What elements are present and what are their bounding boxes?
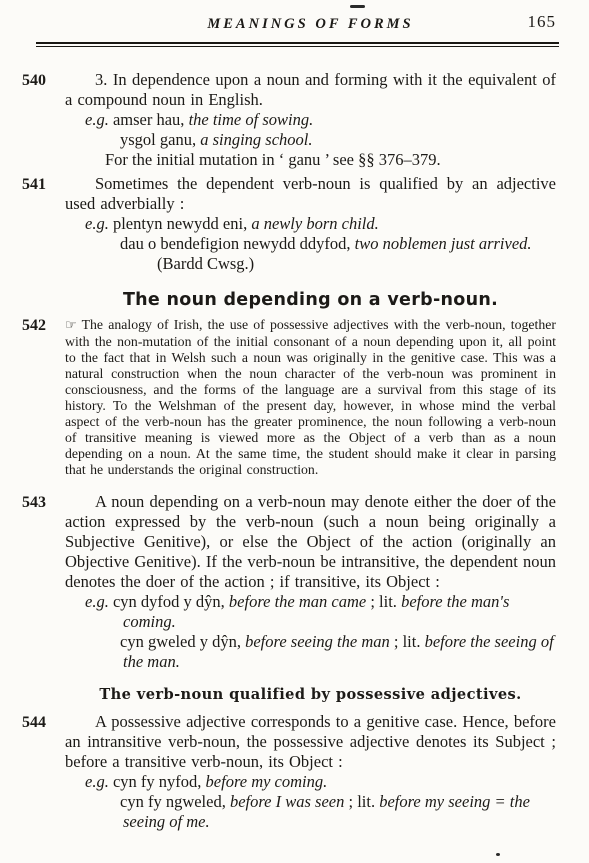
paragraph-542: ☞ The analogy of Irish, the use of posse… [65, 317, 556, 478]
lit-separator: ; lit. [370, 592, 397, 611]
welsh-text: cyn gweled y dŷn, [120, 632, 241, 651]
welsh-text: dau o bendefigion newydd ddyfod, [120, 234, 351, 253]
rule-thin-line [36, 46, 559, 47]
paragraph-540: 3. In dependence upon a noun and forming… [65, 70, 556, 110]
mutation-note: For the initial mutation in ‘ ganu ’ see… [65, 150, 556, 170]
scan-artifact [350, 5, 365, 8]
welsh-text: cyn fy nyfod, [113, 772, 201, 791]
note-text: The analogy of Irish, the use of possess… [65, 317, 556, 477]
example-line: e.g. cyn dyfod y dŷn, before the man cam… [65, 592, 556, 632]
gloss-text: before the man came [229, 592, 366, 611]
example-line: ysgol ganu, a singing school. [65, 130, 556, 150]
section-544: 544 A possessive adjective corresponds t… [65, 712, 556, 832]
eg-label: e.g. [85, 592, 109, 611]
lit-separator: ; lit. [394, 632, 421, 651]
welsh-text: amser hau, [113, 110, 184, 129]
example-line: e.g. amser hau, the time of sowing. [65, 110, 556, 130]
section-number-543: 543 [22, 493, 46, 513]
page-content: 540 3. In dependence upon a noun and for… [0, 56, 589, 863]
welsh-text: cyn dyfod y dŷn, [113, 592, 225, 611]
example-line: e.g. plentyn newydd eni, a newly born ch… [65, 214, 556, 234]
paragraph-541: Sometimes the dependent verb-noun is qua… [65, 174, 556, 214]
gloss-text: before I was seen [230, 792, 344, 811]
eg-label: e.g. [85, 214, 109, 233]
gloss-text: a newly born child. [251, 214, 378, 233]
rule-thick-line [36, 42, 559, 44]
gloss-text: the time of sowing. [189, 110, 314, 129]
example-line: e.g. cyn fy nyfod, before my coming. [65, 772, 556, 792]
gloss-text: a singing school. [200, 130, 312, 149]
example-line: cyn gweled y dŷn, before seeing the man … [65, 632, 556, 672]
manicule-icon: ☞ [65, 318, 77, 333]
section-number-541: 541 [22, 175, 46, 195]
section-541: 541 Sometimes the dependent verb-noun is… [65, 174, 556, 274]
welsh-text: ysgol ganu, [120, 130, 196, 149]
lit-separator: ; lit. [349, 792, 376, 811]
section-number-540: 540 [22, 71, 46, 91]
welsh-text: plentyn newydd eni, [113, 214, 247, 233]
example-line: dau o bendefigion newydd ddyfod, two nob… [65, 234, 556, 274]
section-542: 542 ☞ The analogy of Irish, the use of p… [65, 317, 556, 478]
paragraph-543: A noun depending on a verb-noun may deno… [65, 492, 556, 592]
welsh-text: cyn fy ngweled, [120, 792, 226, 811]
running-title: MEANINGS OF FORMS [65, 10, 556, 34]
page-header: MEANINGS OF FORMS 165 [65, 10, 556, 34]
section-number-542: 542 [22, 318, 46, 334]
source-citation: (Bardd Cwsg.) [157, 254, 254, 273]
page-number: 165 [528, 12, 557, 32]
crosshead-verb-noun-possessive: The verb-noun qualified by possessive ad… [65, 685, 556, 705]
section-number-544: 544 [22, 713, 46, 733]
gloss-text: before seeing the man [245, 632, 390, 651]
gloss-text: two noblemen just arrived. [355, 234, 532, 253]
example-line: cyn fy ngweled, before I was seen ; lit.… [65, 792, 556, 832]
eg-label: e.g. [85, 772, 109, 791]
gloss-text: before my coming. [206, 772, 328, 791]
eg-label: e.g. [85, 110, 109, 129]
crosshead-noun-depending: The noun depending on a verb-noun. [65, 290, 556, 310]
section-540: 540 3. In dependence upon a noun and for… [65, 70, 556, 170]
header-rule [36, 42, 559, 47]
paragraph-544: A possessive adjective corresponds to a … [65, 712, 556, 772]
section-543: 543 A noun depending on a verb-noun may … [65, 492, 556, 672]
book-page: MEANINGS OF FORMS 165 540 3. In dependen… [0, 0, 589, 863]
